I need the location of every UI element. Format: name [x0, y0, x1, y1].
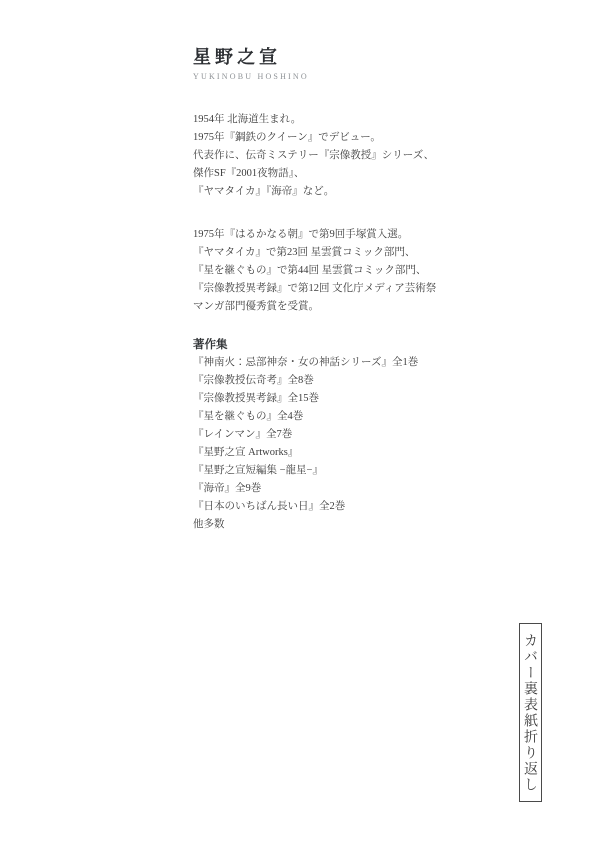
book-flap-page: 星野之宣 YUKINOBU HOSHINO 1954年 北海道生まれ。 1975… — [0, 0, 608, 864]
work-item: 他多数 — [193, 516, 503, 534]
bio-line: 傑作SF『2001夜物語』、 — [193, 165, 503, 183]
bio-line: 『ヤマタイカ』『海帝』など。 — [193, 183, 503, 201]
bio-line: 1975年『鋼鉄のクイーン』でデビュー。 — [193, 129, 503, 147]
author-profile: 星野之宣 YUKINOBU HOSHINO 1954年 北海道生まれ。 1975… — [193, 47, 503, 534]
bio-paragraph-1: 1954年 北海道生まれ。 1975年『鋼鉄のクイーン』でデビュー。 代表作に、… — [193, 111, 503, 201]
work-item: 『神南火：忌部神奈・女の神話シリーズ』全1巻 — [193, 354, 503, 372]
flap-position-label: カバー裏表紙折り返し — [519, 623, 542, 802]
bio-line: 1954年 北海道生まれ。 — [193, 111, 503, 129]
work-item: 『宗像教授伝奇考』全8巻 — [193, 372, 503, 390]
bio-line: 1975年『はるかなる朝』で第9回手塚賞入選。 — [193, 226, 503, 244]
bio-paragraph-2: 1975年『はるかなる朝』で第9回手塚賞入選。 『ヤマタイカ』で第23回 星雲賞… — [193, 226, 503, 316]
work-item: 『海帝』全9巻 — [193, 480, 503, 498]
work-item: 『星を継ぐもの』全4巻 — [193, 408, 503, 426]
flap-position-label-text: カバー裏表紙折り返し — [523, 633, 539, 793]
work-item: 『星野之宣短編集 −龍星−』 — [193, 462, 503, 480]
bio-line: 『宗像教授異考録』で第12回 文化庁メディア芸術祭 — [193, 280, 503, 298]
works-section-heading: 著作集 — [193, 336, 503, 354]
works-list: 『神南火：忌部神奈・女の神話シリーズ』全1巻 『宗像教授伝奇考』全8巻 『宗像教… — [193, 354, 503, 534]
work-item: 『星野之宣 Artworks』 — [193, 444, 503, 462]
work-item: 『日本のいちばん長い日』全2巻 — [193, 498, 503, 516]
bio-line: 『星を継ぐもの』で第44回 星雲賞コミック部門、 — [193, 262, 503, 280]
author-name-romanized: YUKINOBU HOSHINO — [193, 72, 503, 82]
author-name: 星野之宣 — [193, 47, 503, 67]
bio-line: 『ヤマタイカ』で第23回 星雲賞コミック部門、 — [193, 244, 503, 262]
bio-line: 代表作に、伝奇ミステリー『宗像教授』シリーズ、 — [193, 147, 503, 165]
work-item: 『宗像教授異考録』全15巻 — [193, 390, 503, 408]
work-item: 『レインマン』全7巻 — [193, 426, 503, 444]
bio-line: マンガ部門優秀賞を受賞。 — [193, 298, 503, 316]
